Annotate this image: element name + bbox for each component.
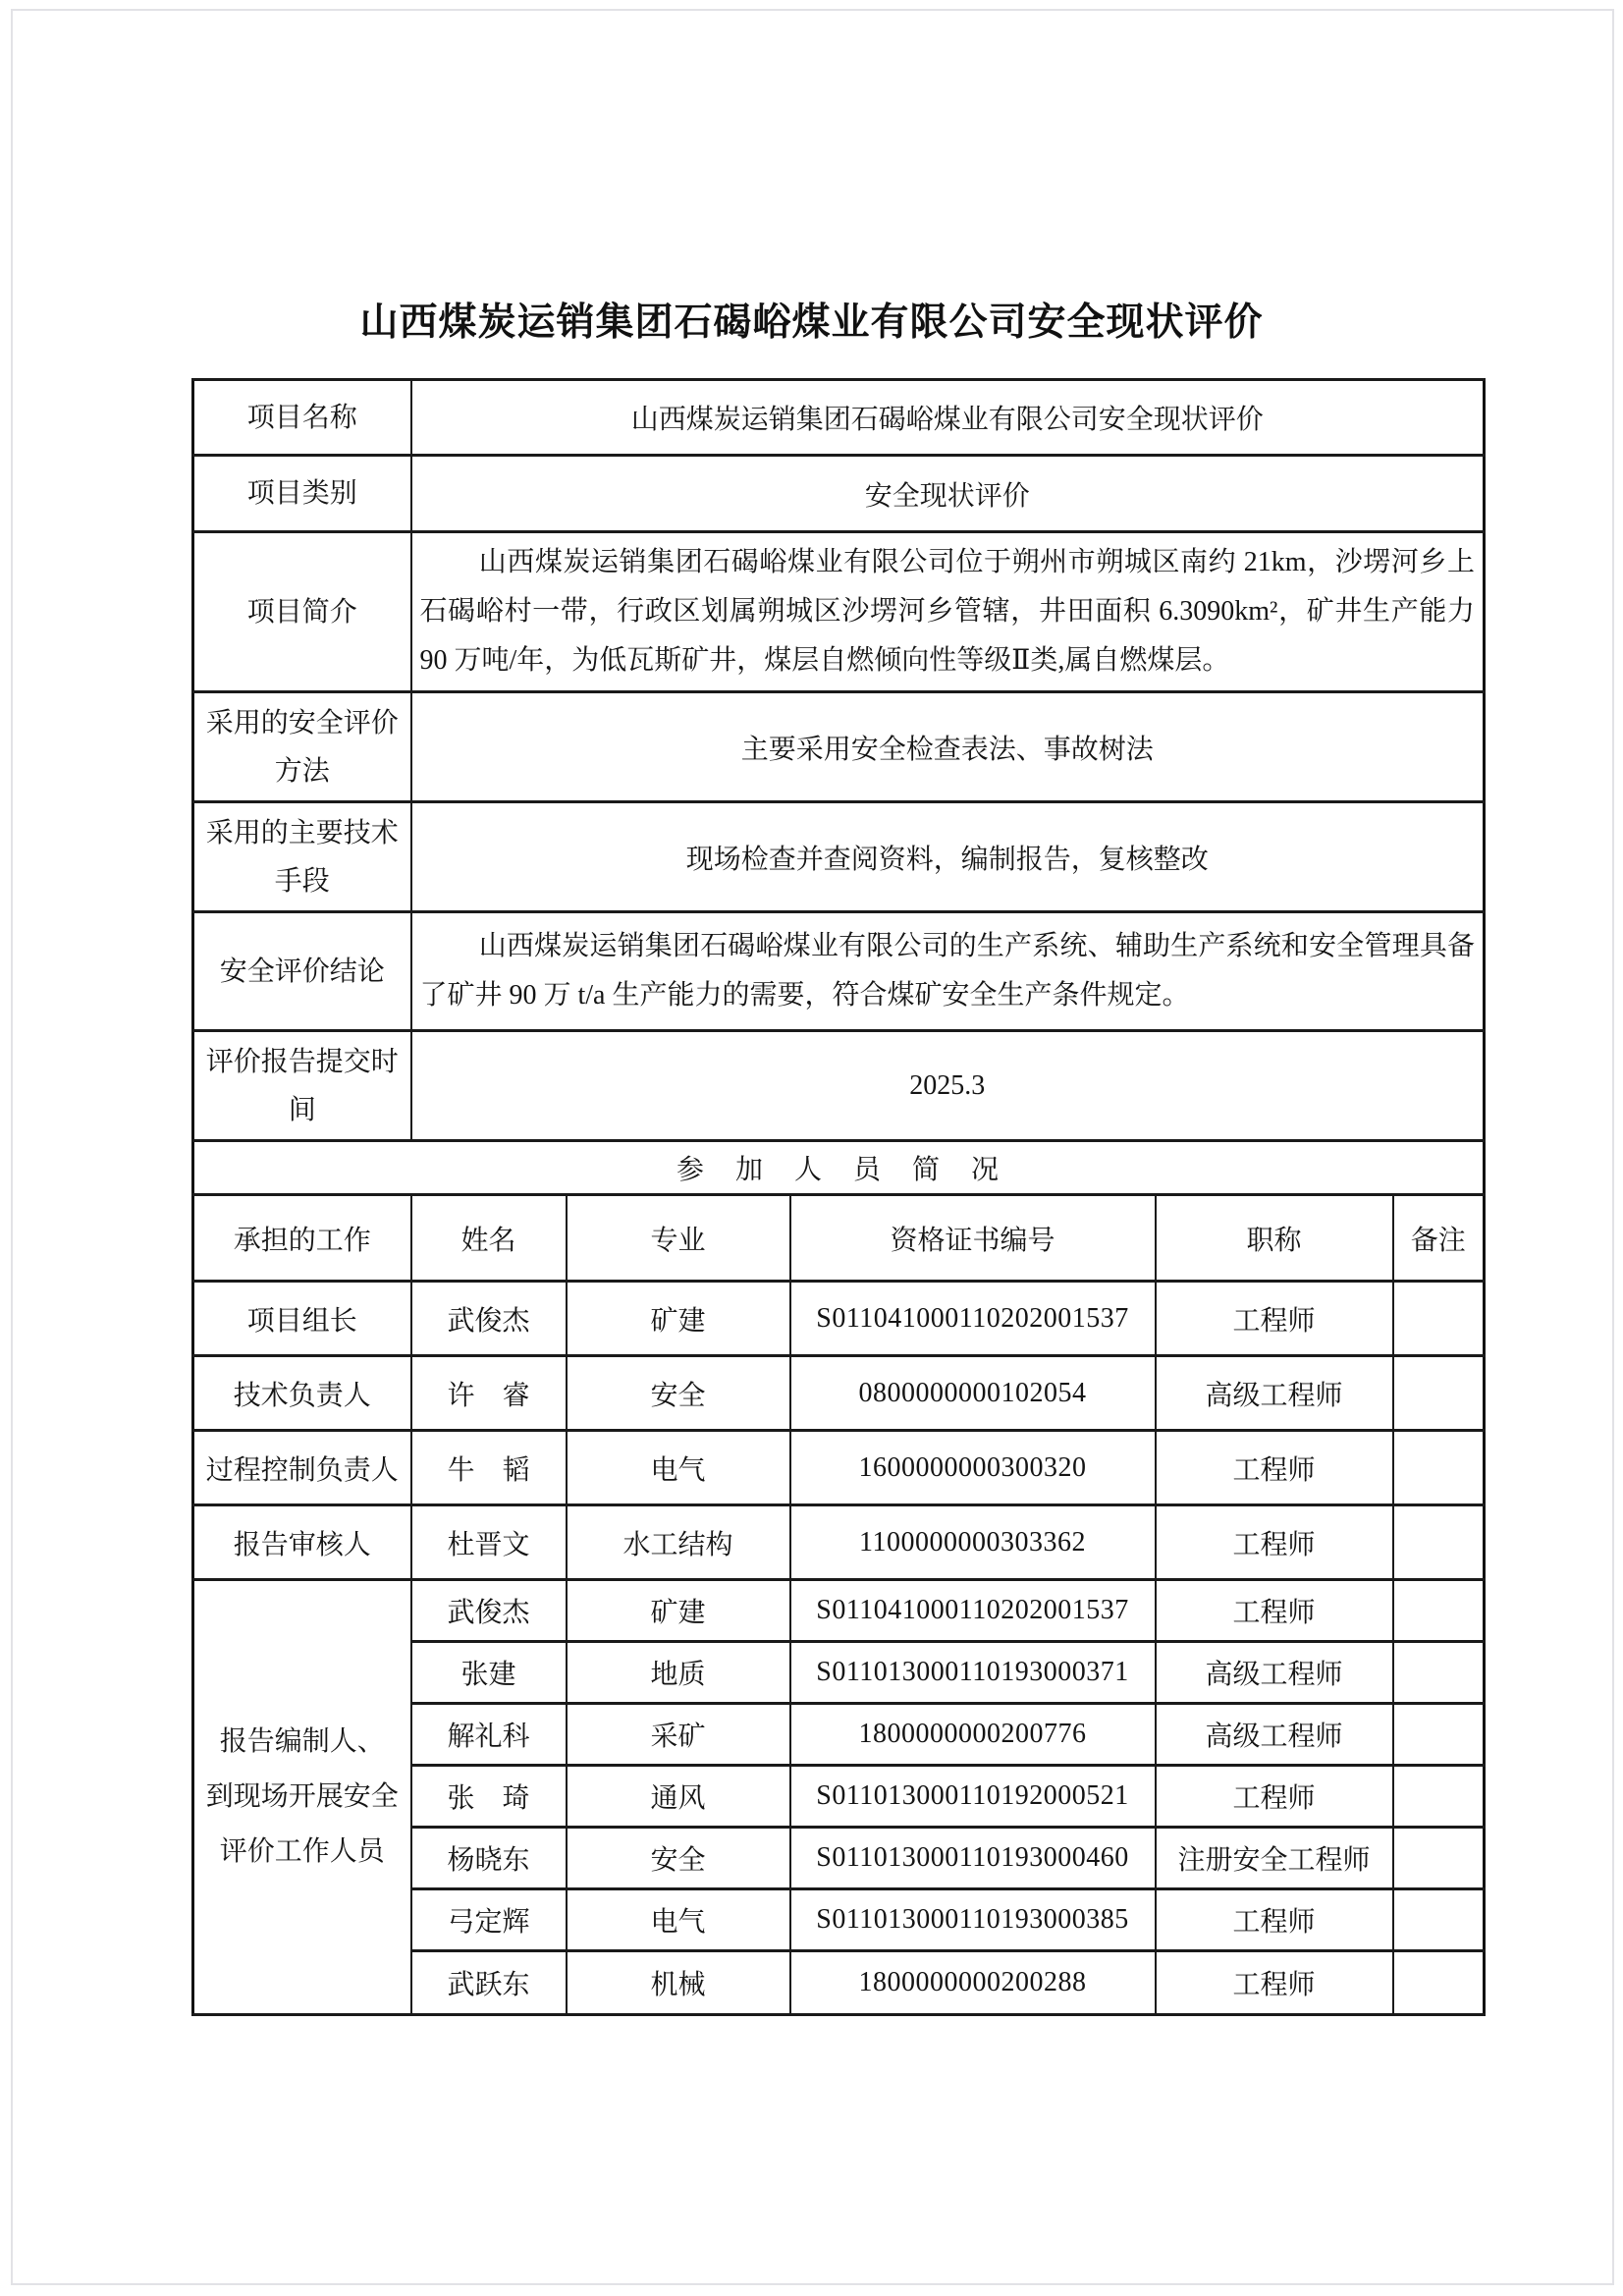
row-value: 现场检查并查阅资料，编制报告，复核整改 xyxy=(411,802,1485,912)
role-cell: 过程控制负责人 xyxy=(193,1431,411,1505)
cert-cell: 1100000000303362 xyxy=(790,1505,1156,1580)
major-cell: 水工结构 xyxy=(567,1505,790,1580)
row-label: 项目简介 xyxy=(193,532,411,692)
role-cell: 报告审核人 xyxy=(193,1505,411,1580)
cert-cell: S011013000110193000371 xyxy=(790,1642,1156,1704)
note-cell xyxy=(1393,1282,1485,1356)
col-header-title: 职称 xyxy=(1156,1195,1393,1282)
table-row: 采用的主要技术手段 现场检查并查阅资料，编制报告，复核整改 xyxy=(193,802,1485,912)
major-cell: 通风 xyxy=(567,1766,790,1828)
major-cell: 安全 xyxy=(567,1356,790,1431)
document-title: 山西煤炭运销集团石碣峪煤业有限公司安全现状评价 xyxy=(0,292,1623,347)
name-cell: 弓定辉 xyxy=(411,1889,567,1951)
group-role-cell: 报告编制人、 到现场开展安全 评价工作人员 xyxy=(193,1580,411,2015)
row-label: 采用的安全评价方法 xyxy=(193,692,411,802)
table-row: 安全评价结论 山西煤炭运销集团石碣峪煤业有限公司的生产系统、辅助生产系统和安全管… xyxy=(193,912,1485,1031)
column-header-row: 承担的工作 姓名 专业 资格证书编号 职称 备注 xyxy=(193,1195,1485,1282)
section-header-row: 参 加 人 员 简 况 xyxy=(193,1141,1485,1195)
title-cell: 工程师 xyxy=(1156,1282,1393,1356)
title-cell: 注册安全工程师 xyxy=(1156,1828,1393,1889)
table-row: 评价报告提交时间 2025.3 xyxy=(193,1031,1485,1141)
name-cell: 许 睿 xyxy=(411,1356,567,1431)
major-cell: 电气 xyxy=(567,1431,790,1505)
title-cell: 高级工程师 xyxy=(1156,1704,1393,1766)
cert-cell: S011013000110193000460 xyxy=(790,1828,1156,1889)
table-row: 报告编制人、 到现场开展安全 评价工作人员 武俊杰 矿建 S0110410001… xyxy=(193,1580,1485,1642)
major-cell: 电气 xyxy=(567,1889,790,1951)
note-cell xyxy=(1393,1580,1485,1642)
note-cell xyxy=(1393,1431,1485,1505)
major-cell: 机械 xyxy=(567,1951,790,2015)
table-row: 采用的安全评价方法 主要采用安全检查表法、事故树法 xyxy=(193,692,1485,802)
note-cell xyxy=(1393,1356,1485,1431)
name-cell: 杨晓东 xyxy=(411,1828,567,1889)
cert-cell: S011041000110202001537 xyxy=(790,1580,1156,1642)
row-value: 山西煤炭运销集团石碣峪煤业有限公司的生产系统、辅助生产系统和安全管理具备了矿井 … xyxy=(411,912,1485,1031)
major-cell: 安全 xyxy=(567,1828,790,1889)
table-row: 过程控制负责人 牛 韬 电气 1600000000300320 工程师 xyxy=(193,1431,1485,1505)
row-value: 山西煤炭运销集团石碣峪煤业有限公司位于朔州市朔城区南约 21km，沙塄河乡上石碣… xyxy=(411,532,1485,692)
row-value: 主要采用安全检查表法、事故树法 xyxy=(411,692,1485,802)
cert-cell: 1600000000300320 xyxy=(790,1431,1156,1505)
row-label: 采用的主要技术手段 xyxy=(193,802,411,912)
name-cell: 杜晋文 xyxy=(411,1505,567,1580)
name-cell: 解礼科 xyxy=(411,1704,567,1766)
name-cell: 张建 xyxy=(411,1642,567,1704)
note-cell xyxy=(1393,1505,1485,1580)
col-header-role: 承担的工作 xyxy=(193,1195,411,1282)
row-label: 项目类别 xyxy=(193,456,411,532)
row-value: 山西煤炭运销集团石碣峪煤业有限公司安全现状评价 xyxy=(411,380,1485,456)
cert-cell: 0800000000102054 xyxy=(790,1356,1156,1431)
row-label: 评价报告提交时间 xyxy=(193,1031,411,1141)
major-cell: 矿建 xyxy=(567,1282,790,1356)
note-cell xyxy=(1393,1766,1485,1828)
col-header-major: 专业 xyxy=(567,1195,790,1282)
row-label: 安全评价结论 xyxy=(193,912,411,1031)
row-value: 安全现状评价 xyxy=(411,456,1485,532)
cert-cell: 1800000000200288 xyxy=(790,1951,1156,2015)
cert-cell: 1800000000200776 xyxy=(790,1704,1156,1766)
title-cell: 高级工程师 xyxy=(1156,1642,1393,1704)
role-cell: 项目组长 xyxy=(193,1282,411,1356)
major-cell: 地质 xyxy=(567,1642,790,1704)
role-cell: 技术负责人 xyxy=(193,1356,411,1431)
major-cell: 采矿 xyxy=(567,1704,790,1766)
table-row: 项目组长 武俊杰 矿建 S011041000110202001537 工程师 xyxy=(193,1282,1485,1356)
col-header-cert: 资格证书编号 xyxy=(790,1195,1156,1282)
name-cell: 武俊杰 xyxy=(411,1282,567,1356)
cert-cell: S011013000110192000521 xyxy=(790,1766,1156,1828)
title-cell: 工程师 xyxy=(1156,1580,1393,1642)
note-cell xyxy=(1393,1828,1485,1889)
note-cell xyxy=(1393,1951,1485,2015)
cert-cell: S011041000110202001537 xyxy=(790,1282,1156,1356)
name-cell: 张 琦 xyxy=(411,1766,567,1828)
table-row: 项目名称 山西煤炭运销集团石碣峪煤业有限公司安全现状评价 xyxy=(193,380,1485,456)
title-cell: 高级工程师 xyxy=(1156,1356,1393,1431)
row-value: 2025.3 xyxy=(411,1031,1485,1141)
document-page: 山西煤炭运销集团石碣峪煤业有限公司安全现状评价 项目名称 山西煤炭运销集团石碣峪… xyxy=(0,0,1623,2296)
name-cell: 武俊杰 xyxy=(411,1580,567,1642)
name-cell: 牛 韬 xyxy=(411,1431,567,1505)
title-cell: 工程师 xyxy=(1156,1951,1393,2015)
table-row: 项目简介 山西煤炭运销集团石碣峪煤业有限公司位于朔州市朔城区南约 21km，沙塄… xyxy=(193,532,1485,692)
title-cell: 工程师 xyxy=(1156,1431,1393,1505)
col-header-note: 备注 xyxy=(1393,1195,1485,1282)
note-cell xyxy=(1393,1889,1485,1951)
table-row: 技术负责人 许 睿 安全 0800000000102054 高级工程师 xyxy=(193,1356,1485,1431)
table-row: 项目类别 安全现状评价 xyxy=(193,456,1485,532)
table-row: 报告审核人 杜晋文 水工结构 1100000000303362 工程师 xyxy=(193,1505,1485,1580)
row-label: 项目名称 xyxy=(193,380,411,456)
major-cell: 矿建 xyxy=(567,1580,790,1642)
section-title: 参 加 人 员 简 况 xyxy=(193,1141,1485,1195)
name-cell: 武跃东 xyxy=(411,1951,567,2015)
title-cell: 工程师 xyxy=(1156,1505,1393,1580)
note-cell xyxy=(1393,1642,1485,1704)
col-header-name: 姓名 xyxy=(411,1195,567,1282)
cert-cell: S011013000110193000385 xyxy=(790,1889,1156,1951)
note-cell xyxy=(1393,1704,1485,1766)
title-cell: 工程师 xyxy=(1156,1889,1393,1951)
evaluation-summary-table: 项目名称 山西煤炭运销集团石碣峪煤业有限公司安全现状评价 项目类别 安全现状评价… xyxy=(191,378,1486,2016)
title-cell: 工程师 xyxy=(1156,1766,1393,1828)
